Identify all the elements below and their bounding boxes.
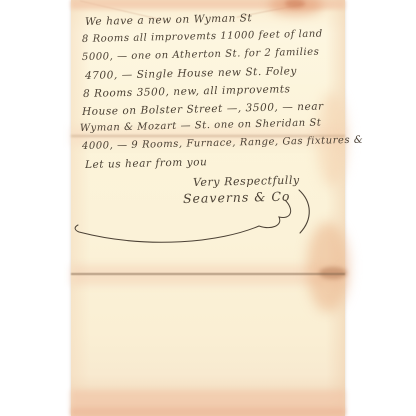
fold-band-lower bbox=[71, 265, 345, 285]
letter-paper-sheet: We have a new on Wyman St 8 Rooms all im… bbox=[71, 0, 345, 416]
letter-photo: We have a new on Wyman St 8 Rooms all im… bbox=[0, 0, 416, 416]
fold-crease-middle bbox=[71, 135, 345, 137]
flourish-loop-stroke bbox=[75, 200, 291, 242]
signature-flourish bbox=[71, 186, 345, 261]
paper-bottom-edge-band bbox=[71, 408, 345, 416]
flourish-paren-stroke bbox=[299, 190, 309, 233]
fold-crease-lower bbox=[71, 273, 345, 275]
